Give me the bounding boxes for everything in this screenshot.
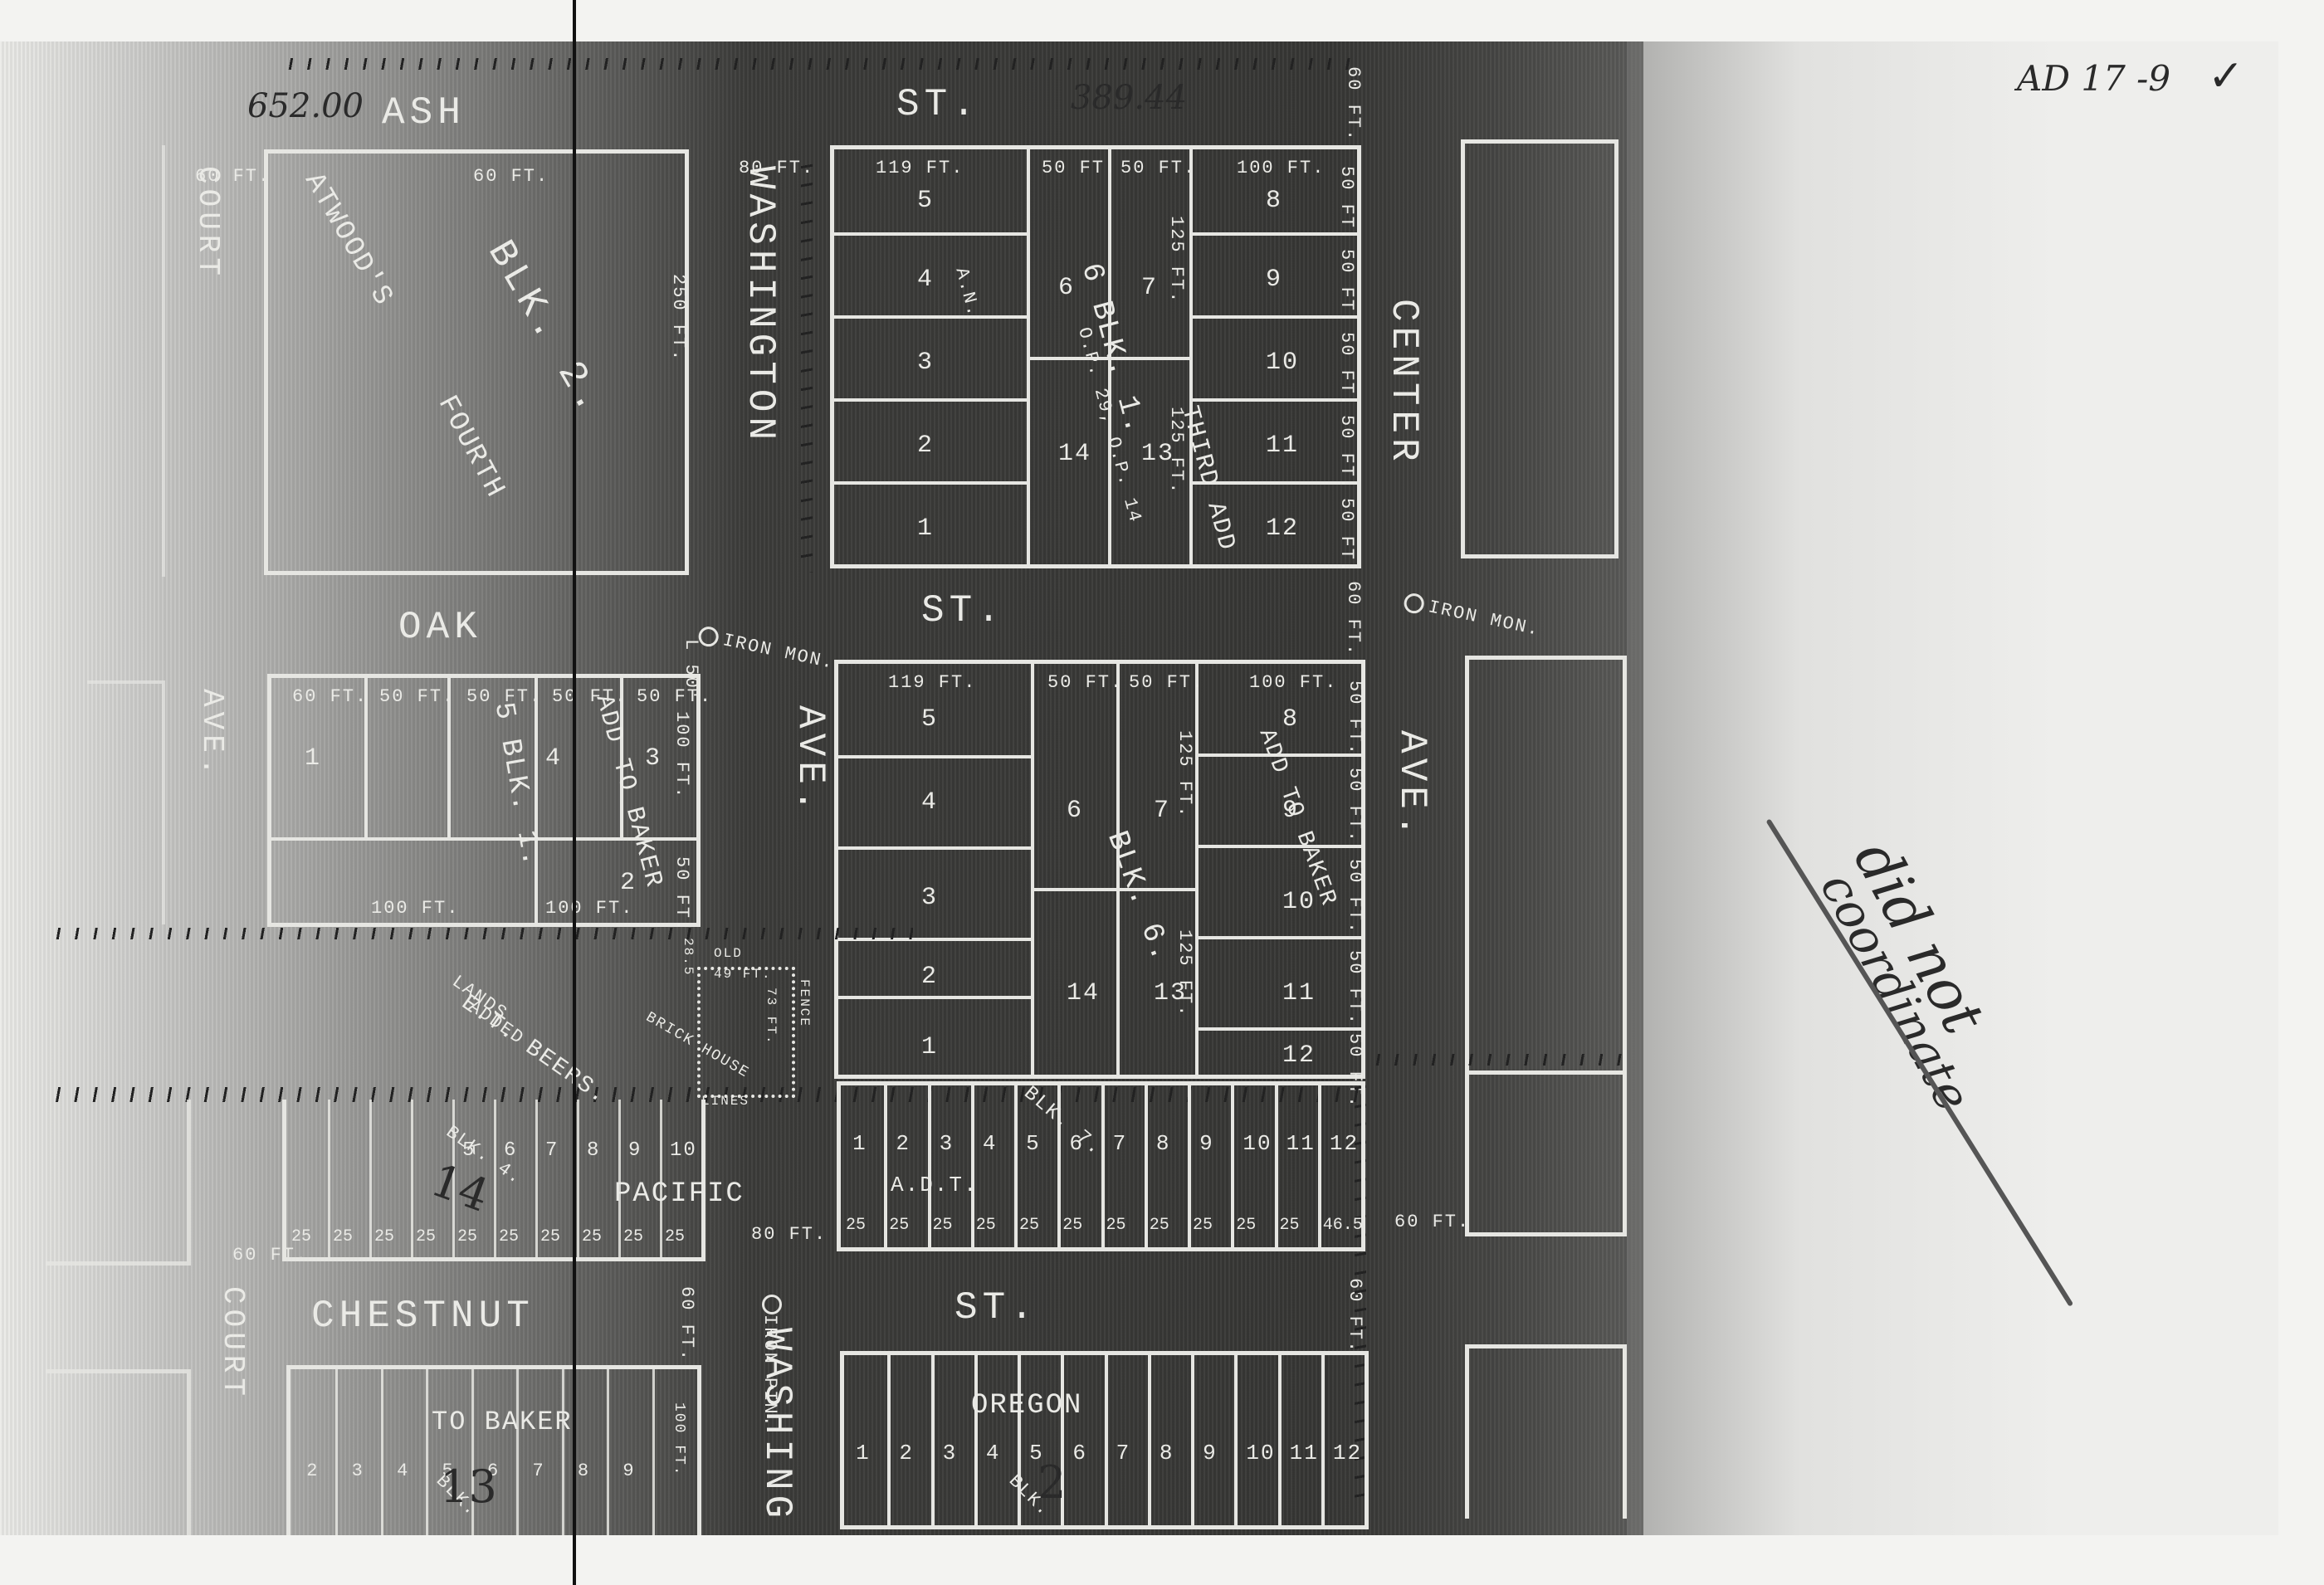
- beers-lines: LINES: [701, 1094, 749, 1109]
- lot-frontage: 46.5: [1323, 1216, 1363, 1235]
- lot-number: 10: [1246, 1441, 1275, 1466]
- street-washington-ave-suffix: AVE.: [788, 705, 832, 817]
- street-court-lower: COURT: [216, 1286, 250, 1401]
- check-mark-icon: ✓: [2208, 51, 2244, 101]
- lot-frontage: 25: [846, 1216, 866, 1235]
- width-block2-top: 60 FT.: [473, 166, 549, 187]
- pencil-block-mark-2: 2: [1037, 1456, 1066, 1509]
- lot-frontage: 25: [623, 1227, 643, 1246]
- lot-divider: [335, 1369, 338, 1535]
- street-center-ave: CENTER: [1382, 299, 1425, 466]
- block-5: 60 FT. 50 FT. 50 FT. 50 FT. 50 FT. 1 4 3…: [267, 674, 701, 927]
- lot-divider: [607, 1369, 609, 1535]
- block1-plat-tag: A.N.: [950, 266, 984, 319]
- lot-number: 5: [1026, 1131, 1041, 1156]
- lot-number: 12: [1330, 1131, 1359, 1156]
- lot-frontage: 25: [374, 1227, 394, 1246]
- beers-fence: FENCE: [797, 979, 812, 1027]
- block6-label: BLK. 6.: [1100, 827, 1179, 967]
- lot-divider: [1191, 1355, 1194, 1525]
- lot-number: 12: [1333, 1441, 1362, 1466]
- lot-number: 3: [940, 1131, 954, 1156]
- lot-frontage: 25: [1280, 1216, 1300, 1235]
- lot-divider: [1188, 1085, 1191, 1247]
- pencil-block-mark-13: 13: [440, 1461, 497, 1513]
- lot-number: 2: [896, 1131, 911, 1156]
- reference-tag: AD 17 -9: [2017, 58, 2170, 99]
- lot-number: 8: [587, 1139, 600, 1162]
- lot-divider: [1145, 1085, 1148, 1247]
- block-west-middle: [87, 680, 165, 924]
- block-6: 119 FT. 50 FT. 50 FT. 100 FT. 5 4 3 2 1 …: [834, 660, 1365, 1079]
- lot-frontage: 25: [582, 1227, 602, 1246]
- lot-divider: [1275, 1085, 1278, 1247]
- iron-pin-icon: [762, 1295, 782, 1314]
- pencil-value-left: 652.00: [247, 87, 364, 125]
- lot-number: 11: [1286, 1131, 1316, 1156]
- lot-divider: [535, 1100, 538, 1257]
- lot-number: 6: [1072, 1441, 1087, 1466]
- scan-smudge: [1627, 41, 2058, 1535]
- beers-dim-left: 28.5: [681, 938, 696, 976]
- lot-frontage: 25: [333, 1227, 353, 1246]
- lot-divider: [931, 1355, 935, 1525]
- lot-divider: [1321, 1355, 1325, 1525]
- street-oak: OAK: [398, 606, 482, 649]
- lot-divider: [652, 1369, 655, 1535]
- lot-frontage: 25: [1019, 1216, 1039, 1235]
- lot-number: 1: [856, 1441, 871, 1466]
- lot-frontage: 25: [1236, 1216, 1256, 1235]
- block2-depth: 250 FT.: [668, 274, 689, 362]
- lot-divider: [516, 1369, 519, 1535]
- lot-divider: [369, 1100, 372, 1257]
- lot-divider: [974, 1355, 978, 1525]
- lot-divider: [1234, 1355, 1238, 1525]
- width-center-oak: 60 FT.: [1343, 581, 1364, 656]
- block-east-middle: [1465, 656, 1627, 1075]
- lot-number: 4: [986, 1441, 1001, 1466]
- block-east-upper: [1461, 139, 1618, 558]
- lot-divider: [1101, 1085, 1105, 1247]
- hatch-line-east: [1369, 1054, 1635, 1066]
- block13-addition: TO BAKER: [432, 1407, 573, 1437]
- width-chestnut-washington: 60 FT.: [676, 1286, 697, 1362]
- lot-divider: [411, 1100, 413, 1257]
- iron-monument-icon: [1402, 592, 1425, 615]
- street-court-ave-suffix: AVE.: [195, 689, 229, 780]
- width-court-top: 60 FT.: [195, 166, 271, 187]
- lot-number: 9: [628, 1139, 642, 1162]
- lot-divider: [494, 1100, 496, 1257]
- lot-divider: [884, 1085, 887, 1247]
- lot-frontage: 25: [976, 1216, 996, 1235]
- street-oak-suffix: ST.: [921, 589, 1005, 632]
- beers-dim-side: 73 FT.: [764, 988, 779, 1046]
- block-pacific-far-west: [46, 1100, 191, 1266]
- block-far-west-lower: [46, 1369, 191, 1535]
- hatch-line-top: [282, 58, 1361, 70]
- lot-frontage: 25: [1062, 1216, 1082, 1235]
- block-east-bottom: [1465, 1344, 1627, 1519]
- lot-frontage: 25: [540, 1227, 560, 1246]
- block7-addition: A.D.T.: [891, 1173, 979, 1197]
- scanner-artifact-line: [573, 0, 576, 1585]
- lot-number: 7: [1113, 1131, 1128, 1156]
- block-1: 119 FT. 50 FT. 50 FT. 100 FT. 5 4 3 2 1 …: [830, 145, 1361, 568]
- pacific-addition: PACIFIC: [614, 1178, 745, 1210]
- lot-divider: [381, 1369, 383, 1535]
- lot-number: 7: [1116, 1441, 1131, 1466]
- lot-frontage: 25: [933, 1216, 953, 1235]
- lot-frontage: 25: [1106, 1216, 1126, 1235]
- block-west-upper: [87, 145, 165, 577]
- block-7: 125225325425525625725825925102511251246.…: [837, 1081, 1365, 1251]
- lot-number: 11: [1290, 1441, 1319, 1466]
- lot-divider: [928, 1085, 931, 1247]
- lot-number: 9: [1203, 1441, 1218, 1466]
- lot-number: 7: [532, 1461, 544, 1481]
- width-center-top: 60 FT.: [1343, 66, 1364, 142]
- lot-number: 4: [397, 1461, 409, 1481]
- street-washington-ave: WASHINGTON: [739, 166, 782, 445]
- block-east-lower: [1465, 1070, 1627, 1236]
- lot-number: 1: [852, 1131, 867, 1156]
- block2-border-left: [264, 149, 268, 574]
- lot-divider: [577, 1100, 579, 1257]
- lot-frontage: 25: [665, 1227, 685, 1246]
- street-chestnut-suffix: ST.: [954, 1286, 1038, 1329]
- lot-divider: [1278, 1355, 1282, 1525]
- lot-number: 10: [670, 1139, 697, 1162]
- lot-divider: [328, 1100, 330, 1257]
- lot-frontage: 25: [1150, 1216, 1169, 1235]
- street-ash-suffix: ST.: [896, 83, 980, 126]
- lot-number: 3: [943, 1441, 958, 1466]
- block5-addition: ADD TO BAKER: [589, 692, 668, 892]
- lot-number: 8: [1160, 1441, 1174, 1466]
- lot-number: 7: [545, 1139, 559, 1162]
- lot-frontage: 25: [499, 1227, 519, 1246]
- lot-frontage: 25: [457, 1227, 477, 1246]
- hatch-line-washington: [801, 158, 813, 573]
- lot-divider: [426, 1369, 428, 1535]
- width-pacific-right: 60 FT.: [1394, 1212, 1470, 1232]
- lot-frontage: 25: [1193, 1216, 1213, 1235]
- lot-divider: [887, 1355, 891, 1525]
- street-center-ave-suffix: AVE.: [1390, 730, 1433, 841]
- monument-chestnut-washington: IRON PIN.: [759, 1295, 787, 1428]
- lot-number: 9: [622, 1461, 635, 1481]
- block2-border-top: [264, 149, 689, 154]
- lot-number: 3: [352, 1461, 364, 1481]
- block13-depth: 100 FT.: [671, 1402, 687, 1477]
- block2-border-bottom: [264, 571, 689, 575]
- lot-divider: [1231, 1085, 1234, 1247]
- pencil-value-center: 389.44: [1071, 79, 1187, 117]
- street-ash: ASH: [382, 91, 466, 134]
- lot-frontage: 25: [889, 1216, 909, 1235]
- lot-frontage: 25: [416, 1227, 436, 1246]
- lot-number: 4: [983, 1131, 998, 1156]
- lot-divider: [1014, 1085, 1018, 1247]
- street-chestnut: CHESTNUT: [311, 1295, 535, 1338]
- lot-number: 8: [578, 1461, 590, 1481]
- lot-divider: [971, 1085, 974, 1247]
- hatch-line-block5-south: [50, 928, 913, 939]
- lot-divider: [1105, 1355, 1108, 1525]
- width-pacific-80-left: 80 FT.: [751, 1224, 827, 1245]
- lot-frontage: 25: [291, 1227, 311, 1246]
- lot-number: 10: [1243, 1131, 1272, 1156]
- lot-divider: [1318, 1085, 1321, 1247]
- lot-number: 8: [1156, 1131, 1171, 1156]
- beers-old: OLD: [714, 946, 743, 961]
- lot-divider: [1148, 1355, 1151, 1525]
- lot-divider: [562, 1369, 564, 1535]
- oregon-addition: OREGON: [971, 1390, 1082, 1422]
- lot-number: 2: [899, 1441, 914, 1466]
- beers-dim-top: 49 FT.: [714, 967, 772, 982]
- block-oregon: 123456789101112: [840, 1351, 1369, 1529]
- block5-label: 5 BLK. 1.: [487, 700, 547, 870]
- lot-number: 2: [306, 1461, 319, 1481]
- lot-number: 9: [1199, 1131, 1214, 1156]
